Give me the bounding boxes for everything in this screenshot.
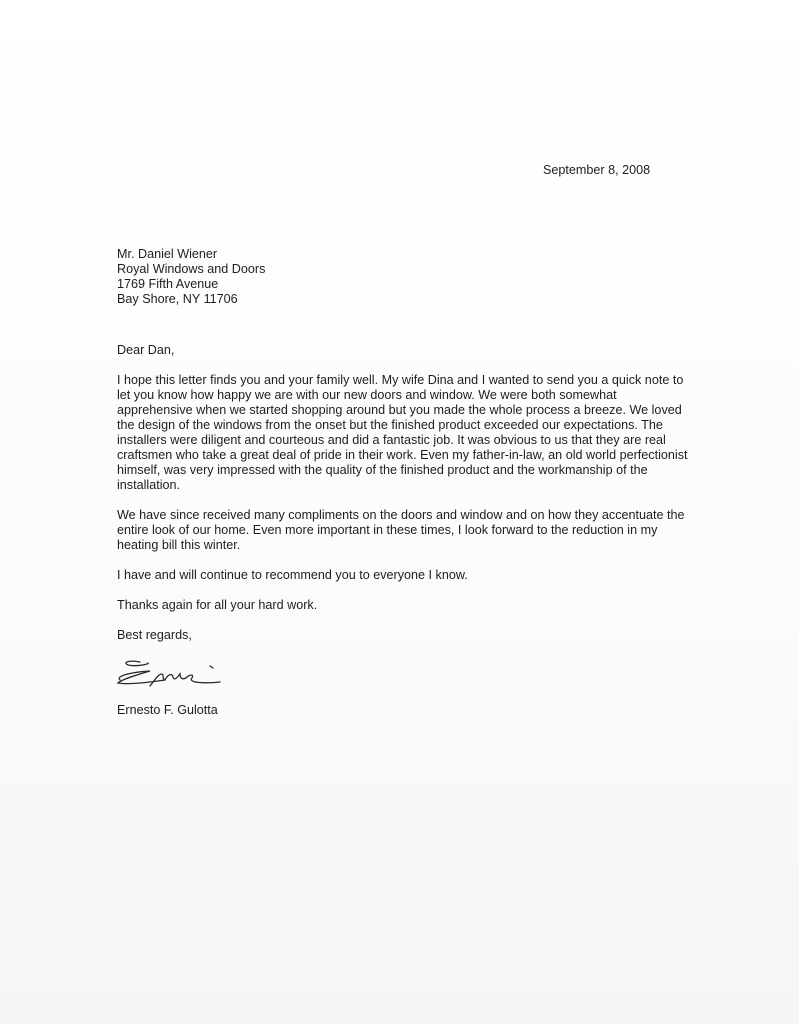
recipient-line: 1769 Fifth Avenue <box>117 277 265 292</box>
recipient-line: Royal Windows and Doors <box>117 262 265 277</box>
paragraph: Thanks again for all your hard work. <box>117 598 692 613</box>
signer-name: Ernesto F. Gulotta <box>117 703 218 717</box>
letter-page: September 8, 2008 Mr. Daniel Wiener Roya… <box>0 0 799 1024</box>
letter-body: Dear Dan, I hope this letter finds you a… <box>117 343 692 658</box>
paragraph: I have and will continue to recommend yo… <box>117 568 692 583</box>
signature-icon <box>110 652 250 695</box>
recipient-line: Bay Shore, NY 11706 <box>117 292 265 307</box>
paragraph: We have since received many compliments … <box>117 508 692 553</box>
recipient-line: Mr. Daniel Wiener <box>117 247 265 262</box>
recipient-address: Mr. Daniel Wiener Royal Windows and Door… <box>117 247 265 307</box>
closing: Best regards, <box>117 628 692 643</box>
letter-date: September 8, 2008 <box>543 163 650 177</box>
paragraph: I hope this letter finds you and your fa… <box>117 373 692 493</box>
salutation: Dear Dan, <box>117 343 692 358</box>
